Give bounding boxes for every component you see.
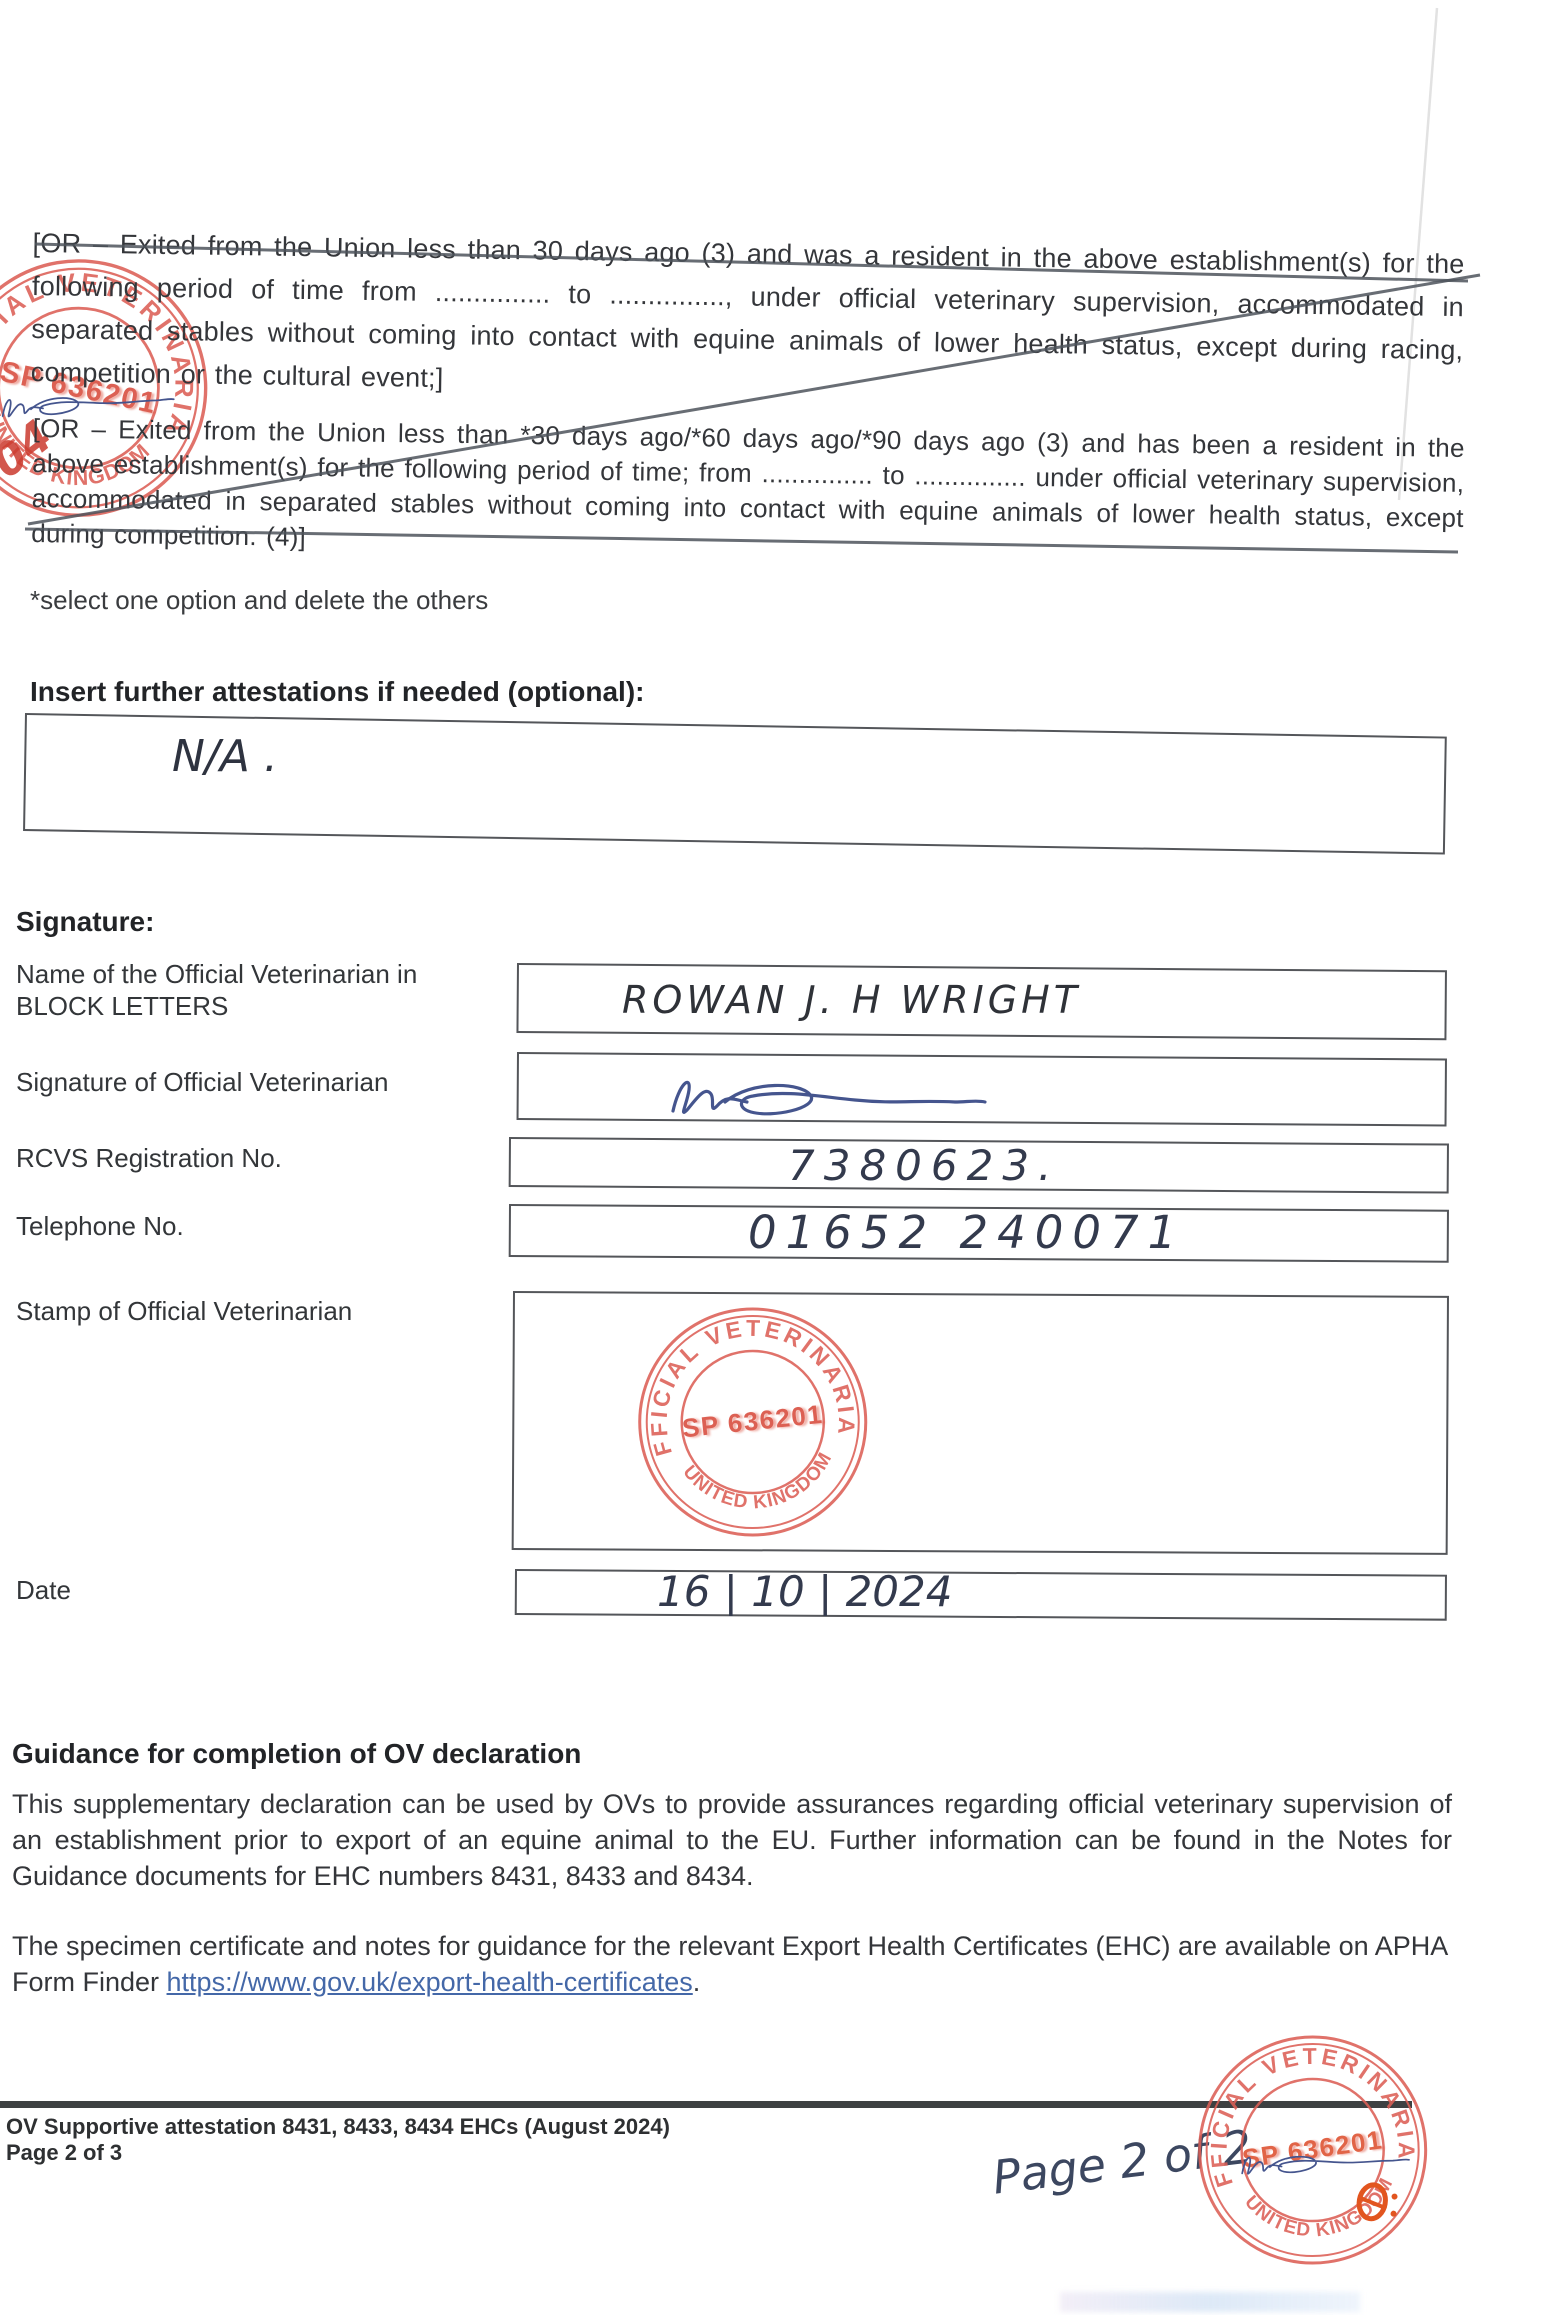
footer-doc-ref: OV Supportive attestation 8431, 8433, 84…	[6, 2114, 670, 2140]
guidance-paragraph-1: This supplementary declaration can be us…	[12, 1786, 1452, 1894]
guidance-paragraph-2-suffix: .	[693, 1967, 701, 1997]
stamp-label: Stamp of Official Veterinarian	[16, 1295, 352, 1327]
attestation-option-2: [OR – Exited from the Union less than *3…	[31, 411, 1465, 571]
handwritten-telephone: 01652 240071	[748, 1206, 1185, 1259]
guidance-heading: Guidance for completion of OV declaratio…	[12, 1738, 581, 1770]
svg-text:UNITED KINGDOM: UNITED KINGDOM	[677, 1447, 841, 1521]
signature-label: Signature of Official Veterinarian	[16, 1066, 388, 1098]
official-veterinarian-stamp: OFFICIAL VETERINARIAN UNITED KINGDOM SP …	[621, 1290, 885, 1559]
footer-page-number: Page 2 of 3	[6, 2140, 122, 2166]
handwritten-rcvs-number: 7380623.	[788, 1141, 1060, 1190]
name-label: Name of the Official Veterinarian in BLO…	[16, 958, 506, 1022]
further-attestations-heading: Insert further attestations if needed (o…	[30, 676, 644, 708]
rcvs-label: RCVS Registration No.	[16, 1142, 282, 1174]
scanned-document-page: OFFICIAL VETERINARIAN UNITED KINGDOM SP …	[0, 0, 1547, 2315]
apha-link[interactable]: https://www.gov.uk/export-health-certifi…	[167, 1967, 693, 1997]
handwritten-date: 16 | 10 | 2024	[657, 1567, 952, 1616]
stamp-arc-bottom: UNITED KINGDOM	[677, 1447, 841, 1521]
handwritten-name: ROWAN J. H WRIGHT	[622, 978, 1081, 1022]
stamp-center-text: SP 636201	[681, 1399, 825, 1444]
signature-heading: Signature:	[16, 906, 154, 938]
name-label-line2: BLOCK LETTERS	[16, 990, 506, 1022]
date-label: Date	[16, 1574, 71, 1606]
guidance-paragraph-2: The specimen certificate and notes for g…	[12, 1928, 1452, 2000]
handwritten-na: N/A .	[172, 731, 278, 782]
date-box	[515, 1569, 1447, 1621]
name-label-line1: Name of the Official Veterinarian in	[16, 958, 506, 990]
scan-smear	[1060, 2292, 1360, 2312]
signature-ink	[655, 1066, 1000, 1126]
orange-ink-mark	[1352, 2176, 1406, 2231]
telephone-label: Telephone No.	[16, 1210, 184, 1242]
attestation-option-1: [OR – Exited from the Union less than 30…	[30, 222, 1464, 415]
select-note: *select one option and delete the others	[30, 585, 488, 616]
